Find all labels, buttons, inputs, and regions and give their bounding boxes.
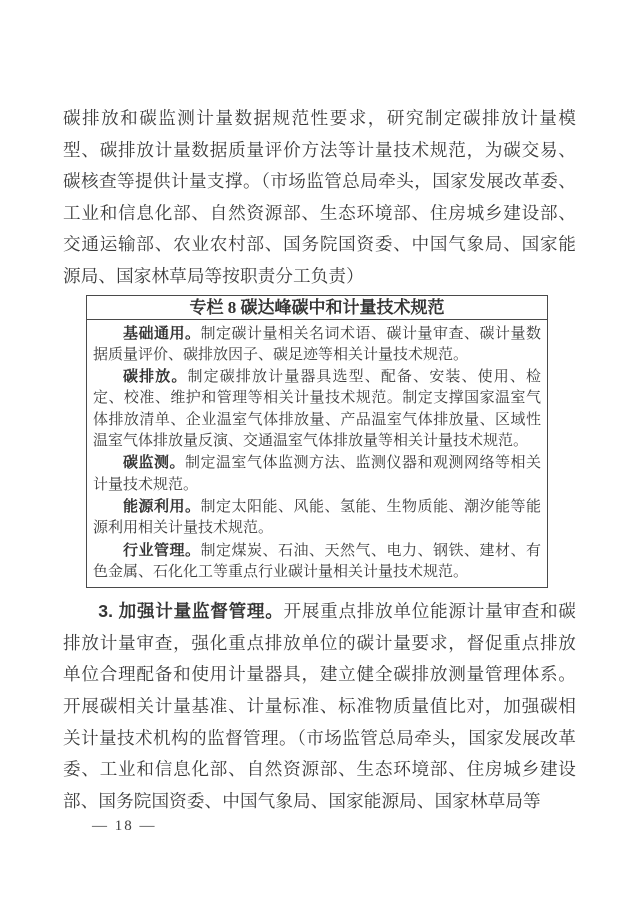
paragraph-continuation: 碳排放和碳监测计量数据规范性要求，研究制定碳排放计量模型、碳排放计量数据质量评价…: [63, 103, 576, 293]
item3-lead: 3. 加强计量监督管理。: [98, 601, 283, 621]
text-block: 碳排放和碳监测计量数据规范性要求，研究制定碳排放计量模型、碳排放计量数据质量评价…: [63, 103, 576, 817]
box-section-basic-general: 基础通用。制定碳计量相关名词术语、碳计量审查、碳计量数据质量评价、碳排放因子、碳…: [93, 323, 541, 367]
box-section-industry-management: 行业管理。制定煤炭、石油、天然气、电力、钢铁、建材、有色金属、石化化工等重点行业…: [93, 540, 541, 584]
section-label: 碳排放。: [123, 368, 187, 385]
page-number: — 18 —: [92, 818, 157, 835]
paragraph-item3: 3. 加强计量监督管理。开展重点排放单位能源计量审查和碳排放计量审查，强化重点排…: [63, 596, 576, 817]
document-page: 碳排放和碳监测计量数据规范性要求，研究制定碳排放计量模型、碳排放计量数据质量评价…: [0, 0, 640, 905]
section-label: 行业管理。: [123, 542, 201, 559]
box-section-carbon-monitoring: 碳监测。制定温室气体监测方法、监测仪器和观测网络等相关计量技术规范。: [93, 452, 541, 496]
item3-text: 开展重点排放单位能源计量审查和碳排放计量审查，强化重点排放单位的碳计量要求，督促…: [63, 601, 576, 811]
section-label: 碳监测。: [123, 454, 185, 471]
special-column-box: 专栏 8 碳达峰碳中和计量技术规范 基础通用。制定碳计量相关名词术语、碳计量审查…: [86, 295, 548, 589]
box-section-carbon-emission: 碳排放。制定碳排放计量器具选型、配备、安装、使用、检定、校准、维护和管理等相关计…: [93, 366, 541, 452]
box-section-energy-use: 能源利用。制定太阳能、风能、氢能、生物质能、潮汐能等能源利用相关计量技术规范。: [93, 496, 541, 540]
box-body: 基础通用。制定碳计量相关名词术语、碳计量审查、碳计量数据质量评价、碳排放因子、碳…: [87, 320, 547, 588]
section-label: 能源利用。: [123, 498, 201, 515]
section-label: 基础通用。: [123, 325, 201, 342]
box-title: 专栏 8 碳达峰碳中和计量技术规范: [87, 296, 547, 320]
